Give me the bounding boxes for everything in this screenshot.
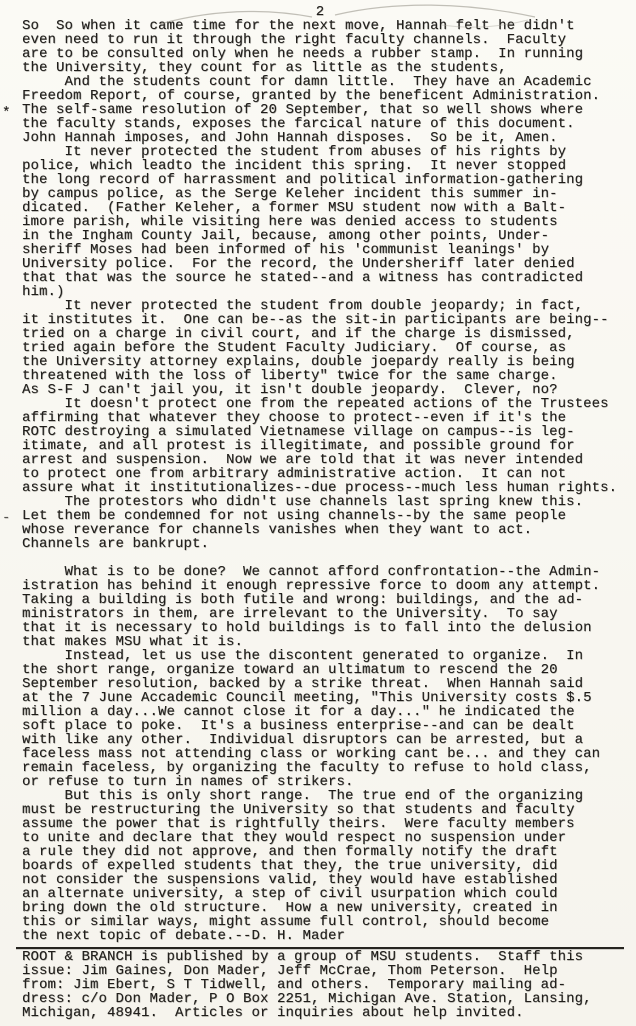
paragraph-4: It never protected the student from doub…: [22, 299, 630, 397]
margin-asterisk-mark: *: [2, 106, 11, 120]
scanned-page: * - 2 So So when it came time for the ne…: [0, 0, 636, 1026]
article-body: So So when it came time for the next mov…: [22, 19, 630, 943]
page-content: 2 So So when it came time for the next m…: [0, 0, 636, 1020]
paragraph-1: So So when it came time for the next mov…: [22, 19, 630, 75]
paragraph-9: But this is only short range. The true e…: [22, 789, 630, 943]
colophon: ROOT & BRANCH is published by a group of…: [22, 950, 630, 1020]
paragraph-6: The protestors who didn't use channels l…: [22, 495, 630, 551]
paragraph-5: It doesn't protect one from the repeated…: [22, 397, 630, 495]
paragraph-8: Instead, let us use the discontent gener…: [22, 649, 630, 789]
paragraph-7: What is to be done? We cannot afford con…: [22, 565, 630, 649]
paragraph-2: And the students count for damn little. …: [22, 75, 630, 145]
paragraph-3: It never protected the student from abus…: [22, 145, 630, 299]
margin-dash-mark: -: [2, 511, 11, 525]
